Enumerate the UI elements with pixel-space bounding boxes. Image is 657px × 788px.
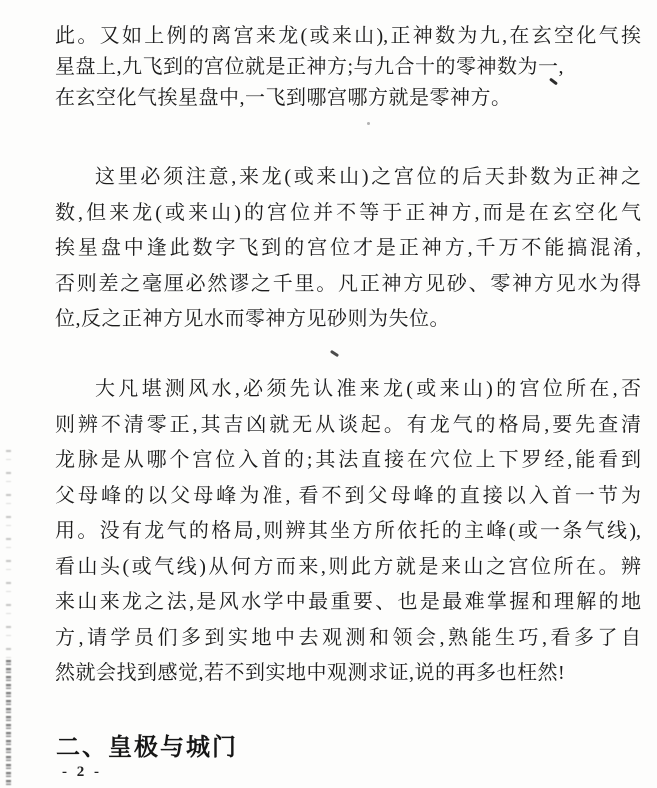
paragraph-1: 此。又如上例的离宫来龙(或来山),正神数为九,在玄空化气挨 星盘上,九飞到的宫位…: [55, 21, 641, 114]
text-line: 则辨不清零正,其吉凶就无从谈起。有龙气的格局,要先查清: [55, 408, 641, 444]
text-line: 方,请学员们多到实地中去观测和领会,熟能生巧,看多了自: [55, 621, 641, 657]
paragraph-3: 大凡堪测风水,必须先认准来龙(或来山)的宫位所在,否 则辨不清零正,其吉凶就无从…: [55, 372, 641, 692]
text-line: 数,但来龙(或来山)的宫位并不等于正神方,而是在玄空化气: [55, 196, 641, 232]
scanned-book-page: 此。又如上例的离宫来龙(或来山),正神数为九,在玄空化气挨 星盘上,九飞到的宫位…: [0, 0, 657, 788]
scan-binding-smudge: [6, 660, 11, 788]
paragraph-2: 这里必须注意,来龙(或来山)之宫位的后天卦数为正神之 数,但来龙(或来山)的宫位…: [55, 160, 641, 338]
text-line: 位,反之正神方见水而零神方见砂则为失位。: [55, 302, 641, 338]
scan-speck: [367, 122, 370, 125]
text-line: 龙脉是从哪个宫位入首的;其法直接在穴位上下罗经,能看到: [55, 443, 641, 479]
text-line: 这里必须注意,来龙(或来山)之宫位的后天卦数为正神之: [55, 160, 641, 196]
page-number: - 2 -: [62, 764, 100, 781]
scan-binding-smudge: [6, 450, 11, 660]
text-line: 此。又如上例的离宫来龙(或来山),正神数为九,在玄空化气挨: [55, 21, 641, 52]
text-line: 在玄空化气挨星盘中,一飞到哪宫哪方就是零神方。: [55, 83, 641, 114]
text-line: 来山来龙之法,是风水学中最重要、也是最难掌握和理解的地: [55, 585, 641, 621]
text-line: 否则差之毫厘必然谬之千里。凡正神方见砂、零神方见水为得: [55, 267, 641, 303]
scan-speck: [330, 350, 339, 357]
text-line: 挨星盘中逢此数字飞到的宫位才是正神方,千万不能搞混淆,: [55, 231, 641, 267]
text-line: 父母峰的以父母峰为准, 看不到父母峰的直接以入首一节为: [55, 479, 641, 515]
text-line: 大凡堪测风水,必须先认准来龙(或来山)的宫位所在,否: [55, 372, 641, 408]
section-heading: 二、皇极与城门: [56, 727, 238, 762]
text-line: 然就会找到感觉,若不到实地中观测求证,说的再多也枉然!: [55, 656, 641, 692]
text-line: 看山头(或气线)从何方而来,则此方就是来山之宫位所在。辨: [55, 550, 641, 586]
text-line: 用。没有龙气的格局,则辨其坐方所依托的主峰(或一条气线),: [55, 514, 641, 550]
